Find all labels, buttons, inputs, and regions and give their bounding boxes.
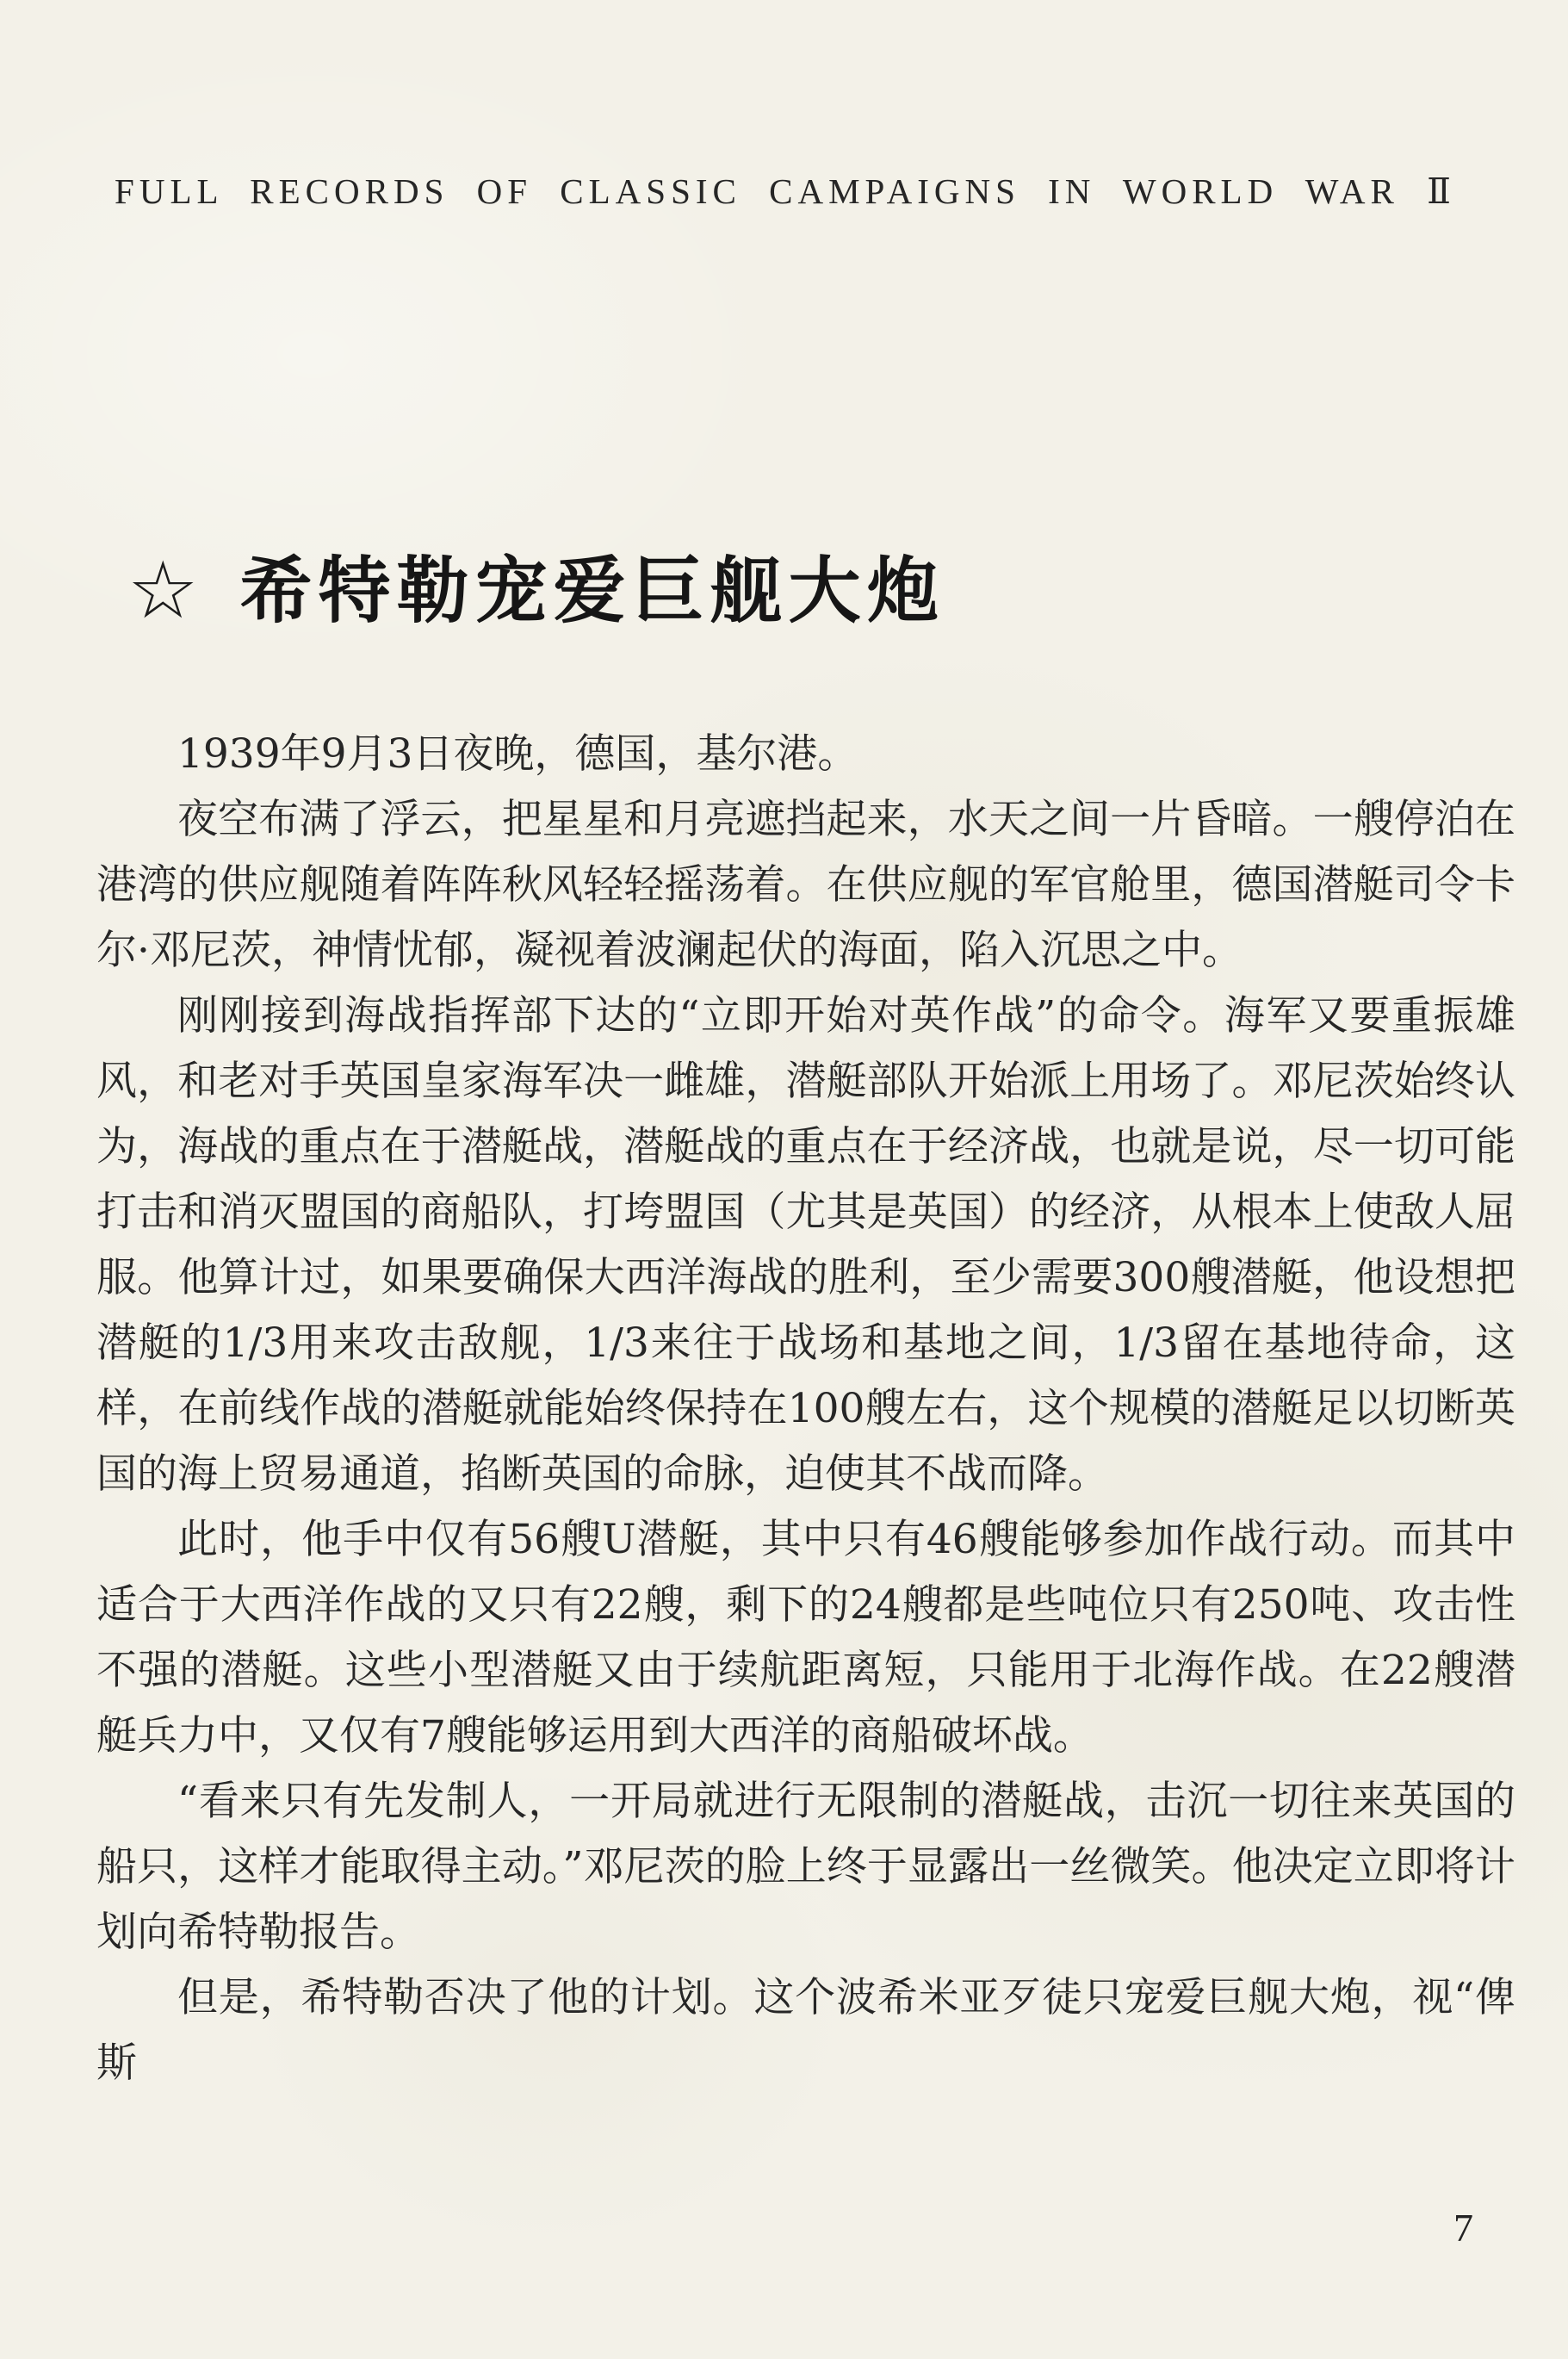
paragraph-night-scene: 夜空布满了浮云，把星星和月亮遮挡起来，水天之间一片昏暗。一艘停泊在港湾的供应舰随…	[96, 787, 1515, 984]
paragraph-date-line: 1939年9月3日夜晚，德国，基尔港。	[96, 722, 1515, 787]
book-page: FULL RECORDS OF CLASSIC CAMPAIGNS IN WOR…	[0, 0, 1568, 2359]
running-header: FULL RECORDS OF CLASSIC CAMPAIGNS IN WOR…	[96, 171, 1474, 212]
body-text: 1939年9月3日夜晚，德国，基尔港。 夜空布满了浮云，把星星和月亮遮挡起来，水…	[96, 722, 1515, 2096]
paragraph-uboat-numbers: 此时，他手中仅有56艘U潜艇，其中只有46艘能够参加作战行动。而其中适合于大西洋…	[96, 1507, 1515, 1769]
paragraph-order-strategy: 刚刚接到海战指挥部下达的“立即开始对英作战”的命令。海军又要重振雄风，和老对手英…	[96, 984, 1515, 1507]
paragraph-hitler-rejects: 但是，希特勒否决了他的计划。这个波希米亚歹徒只宠爱巨舰大炮，视“俾斯	[96, 1965, 1515, 2096]
chapter-title: 希特勒宠爱巨舰大炮	[239, 555, 945, 627]
page-number: 7	[1453, 2205, 1473, 2250]
paragraph-quote-plan: “看来只有先发制人，一开局就进行无限制的潜艇战，击沉一切往来英国的船只，这样才能…	[96, 1769, 1515, 1965]
star-icon: ☆	[127, 551, 198, 630]
chapter-heading: ☆ 希特勒宠爱巨舰大炮	[127, 551, 945, 630]
